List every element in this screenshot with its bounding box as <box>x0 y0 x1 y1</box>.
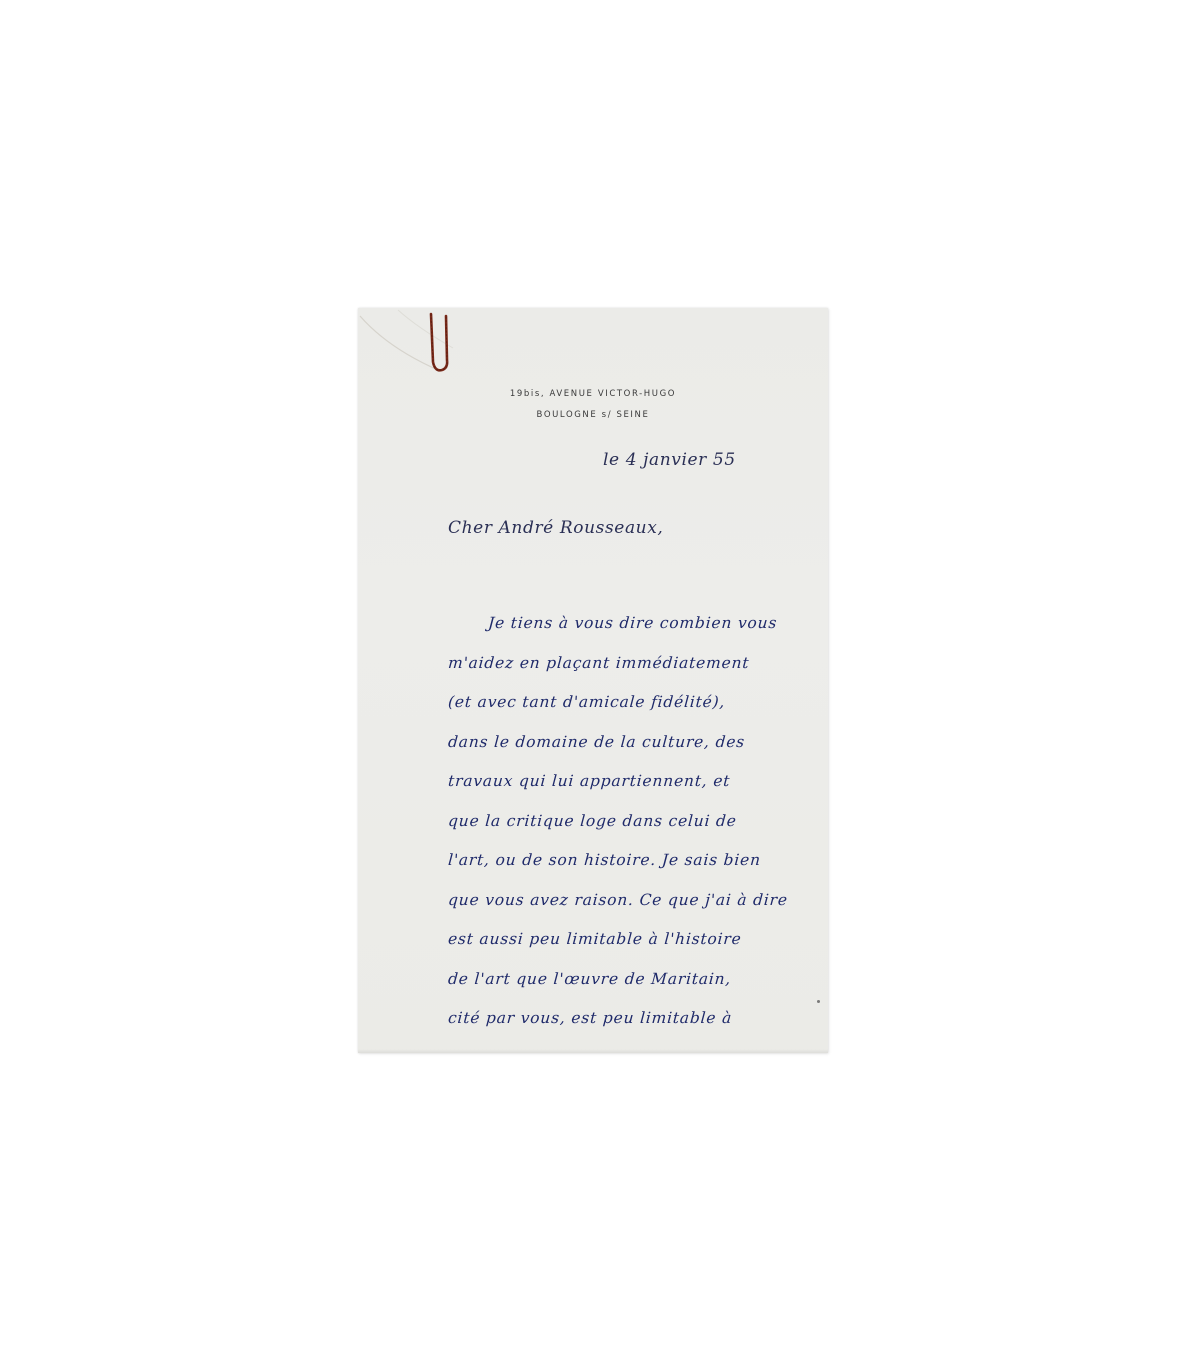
body-line: l'art, ou de son histoire. Je sais bien <box>447 841 828 881</box>
body-line: de l'art que l'œuvre de Maritain, <box>447 960 828 1000</box>
letter-body: Je tiens à vous dire combien vous m'aide… <box>448 604 828 1039</box>
body-line: travaux qui lui appartiennent, et <box>447 762 828 802</box>
body-line: que la critique loge dans celui de <box>447 802 828 842</box>
body-line: dans le domaine de la culture, des <box>447 723 828 763</box>
body-line: Je tiens à vous dire combien vous <box>447 604 828 644</box>
letterhead-street: 19bis, AVENUE VICTOR-HUGO <box>358 384 828 405</box>
body-line: m'aidez en plaçant immédiatement <box>447 644 828 684</box>
letterhead-address: 19bis, AVENUE VICTOR-HUGO BOULOGNE s/ SE… <box>358 384 828 426</box>
body-line: cité par vous, est peu limitable à <box>447 999 828 1039</box>
letter-sheet: 19bis, AVENUE VICTOR-HUGO BOULOGNE s/ SE… <box>358 308 828 1053</box>
body-line: est aussi peu limitable à l'histoire <box>447 920 828 960</box>
letterhead-city: BOULOGNE s/ SEINE <box>358 405 828 426</box>
paper-speck <box>817 1000 820 1003</box>
body-line: (et avec tant d'amicale fidélité), <box>447 683 828 723</box>
letter-date: le 4 janvier 55 <box>603 450 736 470</box>
letter-salutation: Cher André Rousseaux, <box>448 518 663 538</box>
body-line: que vous avez raison. Ce que j'ai à dire <box>447 881 828 921</box>
paperclip-icon <box>426 312 452 374</box>
